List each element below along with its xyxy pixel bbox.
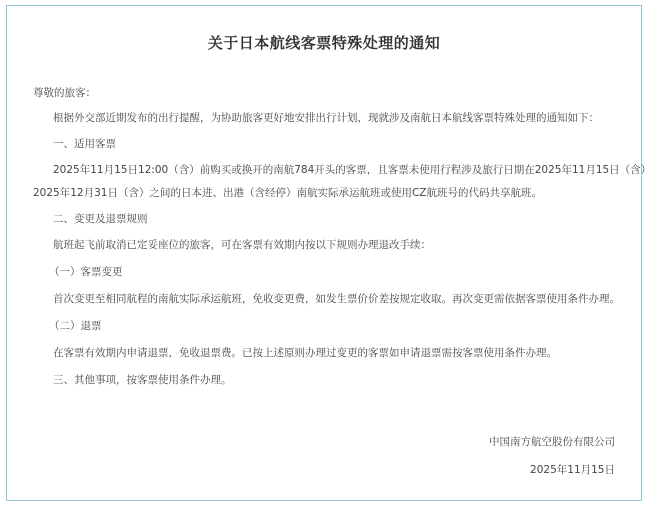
section1-line2: 2025年12月31日（含）之间的日本进、出港（含经停）南航实际承运航班或使用C… — [33, 182, 542, 204]
notice-frame: 关于日本航线客票特殊处理的通知 尊敬的旅客： 根据外交部近期发布的出行提醒，为协… — [6, 5, 642, 501]
section2-sub2-heading: （二）退票 — [49, 315, 102, 337]
section2-heading: 二、变更及退票规则 — [53, 208, 148, 230]
section2-sub2-text: 在客票有效期内申请退票，免收退票费。已按上述原则办理过变更的客票如申请退票需按客… — [53, 342, 557, 364]
section3-heading: 三、其他事项，按客票使用条件办理。 — [53, 369, 232, 391]
signature-date: 2025年11月15日 — [530, 459, 615, 481]
section2-sub1-text: 首次变更至相同航程的南航实际承运航班，免收变更费，如发生票价价差按规定收取。再次… — [53, 288, 620, 310]
intro-paragraph: 根据外交部近期发布的出行提醒，为协助旅客更好地安排出行计划，现就涉及南航日本航线… — [53, 107, 599, 129]
section1-heading: 一、适用客票 — [53, 133, 116, 155]
signature-company: 中国南方航空股份有限公司 — [489, 431, 615, 453]
section2-intro: 航班起飞前取消已定妥座位的旅客，可在客票有效期内按以下规则办理退改手续： — [53, 234, 431, 256]
notice-title: 关于日本航线客票特殊处理的通知 — [7, 32, 641, 53]
greeting: 尊敬的旅客： — [33, 82, 96, 104]
section2-sub1-heading: （一）客票变更 — [49, 261, 123, 283]
section1-line1: 2025年11月15日12:00（含）前购买或换开的南航784开头的客票，且客票… — [53, 159, 650, 181]
